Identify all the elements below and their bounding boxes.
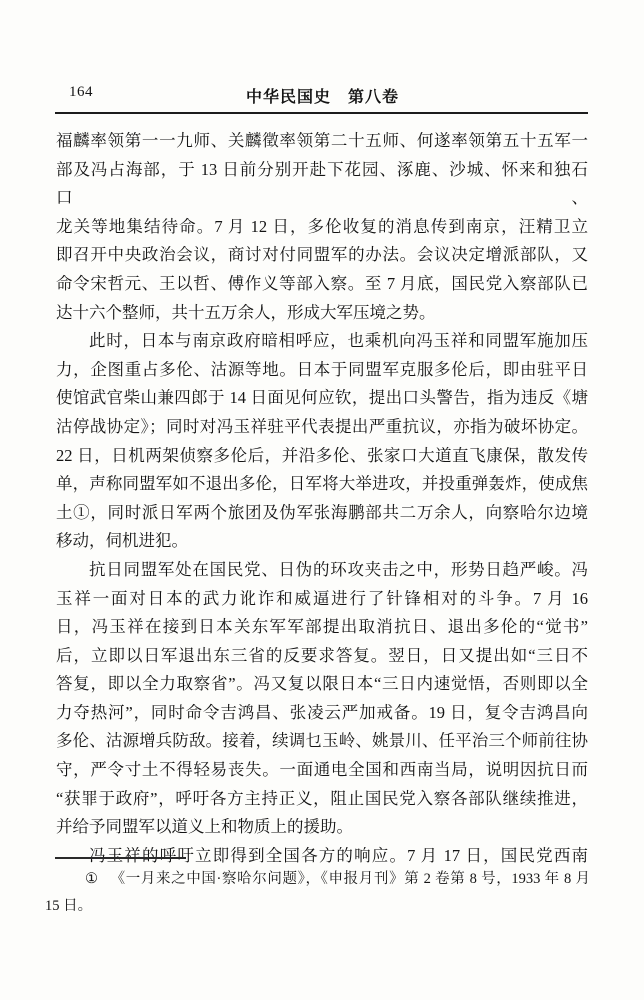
text-line: 并给予同盟军以道义上和物质上的援助。 — [56, 813, 588, 842]
text-line: 多伦、沽源增兵防敌。接着，续调乜玉岭、姚景川、任平治三个师前往协 — [56, 727, 588, 756]
text-line: 22 日，日机两架侦察多伦后，并沿多伦、张家口大道直飞康保，散发传 — [56, 442, 588, 471]
text-line: 使馆武官柴山兼四郎于 14 日面见何应钦，提出口头警告，指为违反《塘 — [56, 384, 588, 413]
book-page: 164 中华民国史 第八卷 福麟率领第一一九师、关麟徵率领第二十五师、何遂率领第… — [0, 0, 644, 1000]
text-line: 达十六个整师，共十五万余人，形成大军压境之势。 — [56, 299, 588, 328]
text-line: 玉祥一面对日本的武力讹诈和威逼进行了针锋相对的斗争。7 月 16 — [56, 585, 588, 614]
text-line: 抗日同盟军处在国民党、日伪的环攻夹击之中，形势日趋严峻。冯 — [56, 556, 588, 585]
footnote-separator — [55, 857, 186, 859]
footnote-marker: ① — [85, 871, 111, 887]
body-text: 福麟率领第一一九师、关麟徵率领第二十五师、何遂率领第五十五军一 部及冯占海部，于… — [56, 127, 588, 870]
text-line: 部及冯占海部，于 13 日前分别开赴下花园、涿鹿、沙城、怀来和独石口、 — [56, 156, 588, 213]
running-title: 中华民国史 第八卷 — [57, 84, 588, 107]
text-line: 单，声称同盟军如不退出多伦，日军将大举进攻，并投重弹轰炸，使成焦 — [56, 470, 588, 499]
text-line: 后，立即以日军退出东三省的反要求答复。翌日，日又提出如“三日不 — [56, 642, 588, 671]
text-line: 土①，同时派日军两个旅团及伪军张海鹏部共二万余人，向察哈尔边境 — [56, 499, 588, 528]
page-header: 164 中华民国史 第八卷 — [57, 84, 588, 106]
text-line: 龙关等地集结待命。7 月 12 日，多伦收复的消息传到南京，汪精卫立 — [56, 213, 588, 242]
text-line: 此时，日本与南京政府暗相呼应，也乘机向冯玉祥和同盟军施加压 — [56, 327, 588, 356]
text-line: 力夺热河”，同时命令吉鸿昌、张凌云严加戒备。19 日，复令吉鸿昌向 — [56, 699, 588, 728]
text-line: 沽停战协定》；同时对冯玉祥驻平代表提出严重抗议，亦指为破坏协定。 — [56, 413, 588, 442]
text-line: “获罪于政府”，呼吁各方主持正义，阻止国民党入察各部队继续推进， — [56, 785, 588, 814]
footnote-line: ①《一月来之中国·察哈尔问题》，《申报月刊》第 2 卷第 8 号，1933 年 … — [45, 866, 590, 893]
header-rule — [55, 112, 588, 114]
text-line: 福麟率领第一一九师、关麟徵率领第二十五师、何遂率领第五十五军一 — [56, 127, 588, 156]
text-line: 日，冯玉祥在接到日本关东军军部提出取消抗日、退出多伦的“觉书” — [56, 613, 588, 642]
text-line: 力，企图重占多伦、沽源等地。日本于同盟军克服多伦后，即由驻平日 — [56, 356, 588, 385]
footnote-line: 15 日。 — [45, 893, 590, 920]
text-line: 即召开中央政治会议，商讨对付同盟军的办法。会议决定增派部队，又 — [56, 241, 588, 270]
text-line: 命令宋哲元、王以哲、傅作义等部入察。至 7 月底，国民党入察部队已 — [56, 270, 588, 299]
footnote-citation: 《一月来之中国·察哈尔问题》，《申报月刊》第 2 卷第 8 号，1933 年 8… — [111, 871, 590, 887]
footnote: ①《一月来之中国·察哈尔问题》，《申报月刊》第 2 卷第 8 号，1933 年 … — [45, 866, 590, 920]
text-line: 守，严令寸土不得轻易丧失。一面通电全国和西南当局，说明因抗日而 — [56, 756, 588, 785]
text-line: 移动，伺机进犯。 — [56, 527, 588, 556]
text-line: 答复，即以全力取察省”。冯又复以限日本“三日内速觉悟，否则即以全 — [56, 670, 588, 699]
